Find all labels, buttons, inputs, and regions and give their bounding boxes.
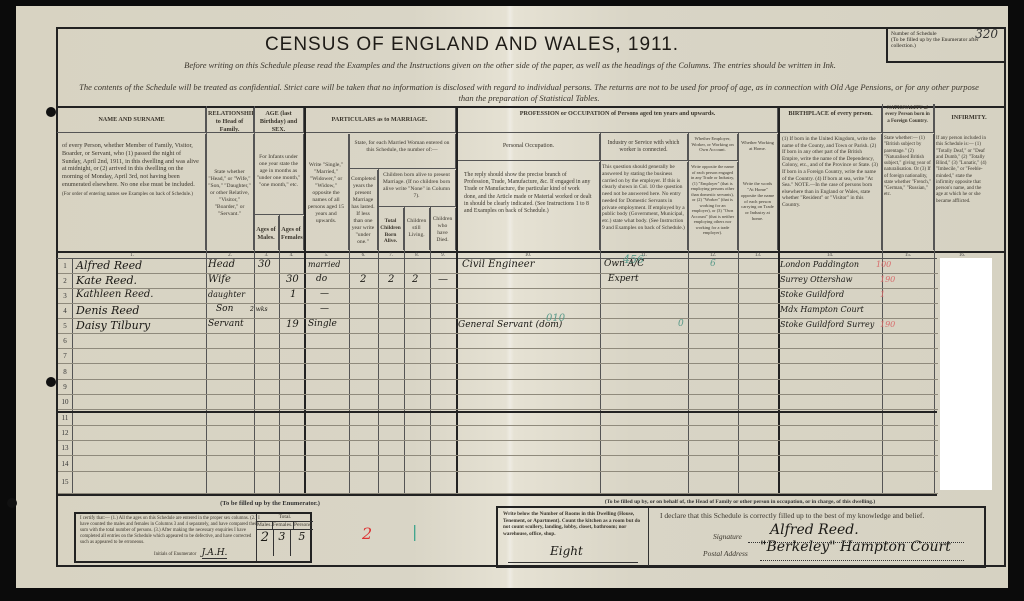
redacted-block (940, 258, 992, 490)
age-female: 1 (290, 289, 296, 300)
age-male: 30 (258, 259, 271, 270)
col-number: 6. (349, 253, 378, 258)
row-number: 4 (58, 307, 72, 315)
col-number: 11. (600, 253, 688, 258)
col-number: 1. (58, 253, 206, 258)
females-value: 3 (274, 530, 291, 556)
relationship: Wife (208, 274, 231, 285)
age-female: 30 (286, 274, 299, 285)
col-home-title: Whether Working at Home. (740, 140, 775, 151)
col-birthplace-header: BIRTHPLACE of every person. (778, 108, 882, 132)
col-profession-header: PROFESSION or OCCUPATION of Persons aged… (456, 108, 778, 132)
relationship: Servant (208, 319, 244, 329)
totals-head: Males. Females. Persons. (257, 522, 313, 530)
row-number: 11 (58, 414, 72, 422)
col-number: 14. (778, 253, 882, 258)
industry: Expert (608, 274, 639, 284)
punch-hole (46, 107, 56, 117)
rooms-box: Write below the Number of Rooms in this … (498, 508, 649, 566)
birthplace-code: 1 (880, 290, 885, 299)
initials-value: J.A.H. (202, 548, 228, 559)
punch-hole (7, 498, 17, 508)
schedule-number-box: Number of Schedule (To be filled up by t… (886, 27, 1006, 63)
enumerator-certify-text: I certify that:— (1.) All the ages on th… (80, 516, 260, 546)
occupation-code: 010 (546, 313, 565, 324)
col-number: 15. (882, 253, 934, 258)
table-row: 12 (58, 426, 938, 441)
col-marriage-write: Write "Single," "Married," "Widower," or… (304, 134, 349, 250)
table-row: 9 (58, 380, 938, 395)
col-personal-occupation: Personal Occupation. (456, 134, 600, 160)
col-name-note: (For order of entering names see Example… (62, 192, 201, 198)
table-row: 3 Kathleen Reed. daughter 1 — Stoke Guil… (58, 289, 938, 304)
totals-box: Total. Males. Females. Persons. 2 3 5 (256, 514, 313, 561)
totals-values: 2 3 5 (257, 530, 313, 556)
col-marriage-header: PARTICULARS as to MARRIAGE. (304, 108, 456, 132)
col-name-header: NAME AND SURNAME (58, 108, 206, 132)
total-label: Total. (257, 514, 313, 522)
enumerator-certify-box: I certify that:— (1.) All the ages on th… (74, 512, 312, 563)
punch-hole (46, 377, 56, 387)
confidential-line: The contents of the Schedule will be tre… (64, 82, 994, 92)
table-row: 1 Alfred Reed Head 30 married Civil Engi… (58, 259, 938, 274)
birthplace-code: 190 (880, 275, 895, 284)
row-number: 12 (58, 429, 72, 437)
col-number: 8. (404, 253, 430, 258)
table-row: 4 Denis Reed Son 2 wks — Mdx Hampton Cou… (58, 304, 938, 319)
col-age-header: AGE (last Birthday) and SEX. (254, 108, 304, 132)
row-number: 6 (58, 337, 72, 345)
industry: Own A/C (604, 259, 644, 269)
relationship: Son (216, 304, 233, 314)
row-number: 5 (58, 322, 72, 330)
occupation: Civil Engineer (462, 259, 534, 270)
signature-value: Alfred Reed. (770, 522, 859, 538)
table-row: 15 (58, 472, 938, 494)
col-number: 7. (378, 253, 404, 258)
birthplace-code: 190 (880, 320, 895, 329)
col-birthplace-desc: (1) If born in the United Kingdom, write… (778, 134, 882, 250)
row-number: 9 (58, 383, 72, 391)
confidential-line-2: than the preparation of Statistical Tabl… (64, 93, 994, 103)
marriage-status: — (320, 304, 329, 314)
relationship: daughter (208, 290, 245, 299)
col-number: 10. (456, 253, 600, 258)
enumerator-initials-row: Initials of Enumerator J.A.H. (154, 548, 227, 559)
table-row: 13 (58, 441, 938, 456)
household-caption: (To be filled up by, or on behalf of, th… (500, 499, 980, 505)
postal-address-label: Postal Address (703, 549, 748, 558)
col-number: 9. (430, 253, 456, 258)
col-industry-desc: This question should generally be answer… (600, 162, 688, 250)
row-number: 15 (58, 478, 72, 486)
col-children-died: Children who have Died. (430, 208, 456, 250)
table-row: 2 Kate Reed. Wife 30 do 2 2 2 — Expert S… (58, 274, 938, 289)
postal-address-value: "Berkeley" Hampton Court (760, 539, 951, 555)
person-name: Denis Reed (76, 304, 139, 317)
row-number: 8 (58, 368, 72, 376)
row-number: 14 (58, 460, 72, 468)
males-value: 2 (257, 530, 274, 556)
persons-label: Persons. (294, 522, 313, 529)
person-name: Kathleen Reed. (76, 289, 154, 300)
col-infirmity-header: INFIRMITY. (934, 104, 1004, 132)
col-home: Whether Working at Home. Write the words… (738, 134, 778, 250)
birthplace-code: 100 (876, 260, 891, 269)
col-marriage-state: State, for each Married Woman entered on… (349, 134, 456, 168)
col-relationship-desc: State whether "Head," or "Wife," "Son," … (206, 134, 254, 250)
table-row: 8 (58, 365, 938, 380)
enumerator-caption: (To be filled up by the Enumerator.) (60, 500, 480, 507)
rooms-instruction: Write below the Number of Rooms in this … (498, 508, 648, 540)
marriage-status: married (308, 260, 340, 269)
green-mark: | (412, 522, 417, 541)
col-personal-occupation-desc: The reply should show the precise branch… (456, 162, 600, 250)
table-row: 6 (58, 334, 938, 349)
schedule-number-value: 320 (975, 27, 998, 41)
children-total: 2 (388, 274, 394, 285)
row-number: 2 (58, 277, 72, 285)
males-label: Males. (257, 522, 273, 529)
row-number: 13 (58, 444, 72, 452)
col-industry: Industry or Service with which worker is… (600, 134, 688, 160)
col-number: 4. (279, 253, 304, 258)
employer-code: 6 (710, 259, 716, 269)
rooms-value: Eight (550, 544, 583, 558)
children-died: — (438, 274, 448, 285)
instruction-line: Before writing on this Schedule please r… (140, 60, 880, 70)
birthplace: Surrey Ottershaw (780, 275, 853, 284)
red-mark: 2 (362, 524, 372, 543)
col-number: 5. (304, 253, 349, 258)
children-living: 2 (412, 274, 418, 285)
relationship: Head (208, 259, 235, 270)
birthplace: London Paddington (780, 260, 859, 269)
row-number: 10 (58, 398, 72, 406)
col-nationality-desc: State whether:— (1) "British subject by … (882, 134, 934, 250)
col-children-total: Total Children Born Alive. (378, 208, 404, 250)
table-row: 11 (58, 411, 938, 426)
marriage-years: 2 (360, 274, 366, 285)
col-home-desc: Write the words "At Home" opposite the n… (740, 181, 775, 221)
females-label: Females. (273, 522, 294, 529)
col-children-living: Children still Living. (404, 208, 430, 250)
age-male: 2 wks (250, 306, 268, 313)
col-number: 2. (206, 253, 254, 258)
initials-label: Initials of Enumerator (154, 552, 196, 557)
col-age-females: Ages of Females. (279, 216, 304, 250)
row-number: 7 (58, 352, 72, 360)
row-number: 1 (58, 262, 72, 270)
col-relationship-header: RELATIONSHIP to Head of Family. (206, 108, 254, 132)
col-nationality-header: NATIONALITY of every Person born in a Fo… (882, 104, 934, 132)
marriage-status: Single (308, 319, 337, 329)
birthplace: Stoke Guildford (780, 290, 844, 299)
page-title: CENSUS OF ENGLAND AND WALES, 1911. (60, 34, 884, 56)
col-number: 13. (738, 253, 778, 258)
person-name: Kate Reed. (76, 274, 137, 287)
table-row: 7 (58, 349, 938, 364)
table-row: 14 (58, 457, 938, 472)
birthplace: Mdx Hampton Court (780, 305, 864, 314)
marriage-status: — (320, 289, 329, 299)
col-number: 3. (254, 253, 279, 258)
person-name: Daisy Tilbury (76, 319, 150, 332)
col-children-header: Children born alive to present Marriage.… (378, 170, 456, 206)
household-box: Write below the Number of Rooms in this … (496, 506, 986, 568)
col-name-desc-text: of every Person, whether Member of Famil… (62, 142, 201, 189)
col-employer: Whether Employer, Worker, or Working on … (688, 134, 738, 160)
col-employer-desc: Write opposite the name of each person e… (688, 162, 738, 250)
persons-value: 5 (291, 530, 313, 556)
col-age-males: Ages of Males. (254, 216, 279, 250)
marriage-status: do (316, 274, 327, 284)
table-row: 5 Daisy Tilbury Servant 19 Single Genera… (58, 319, 938, 334)
person-name: Alfred Reed (76, 259, 142, 272)
col-infirmity-desc: If any person included in this Schedule … (934, 134, 990, 250)
age-female: 19 (286, 319, 299, 330)
col-marriage-completed: Completed years the present Marriage has… (349, 170, 378, 250)
declaration-text: I declare that this Schedule is correctl… (660, 511, 924, 520)
col-name-desc: of every Person, whether Member of Famil… (58, 134, 206, 250)
row-number: 3 (58, 292, 72, 300)
birthplace: Stoke Guildford Surrey (780, 320, 874, 329)
col-age-desc: For Infants under one year state the age… (254, 134, 304, 214)
signature-label: Signature (713, 532, 742, 541)
col-number: 12. (688, 253, 738, 258)
table-row: 10 (58, 395, 938, 410)
employer-code: 0 (678, 319, 684, 329)
